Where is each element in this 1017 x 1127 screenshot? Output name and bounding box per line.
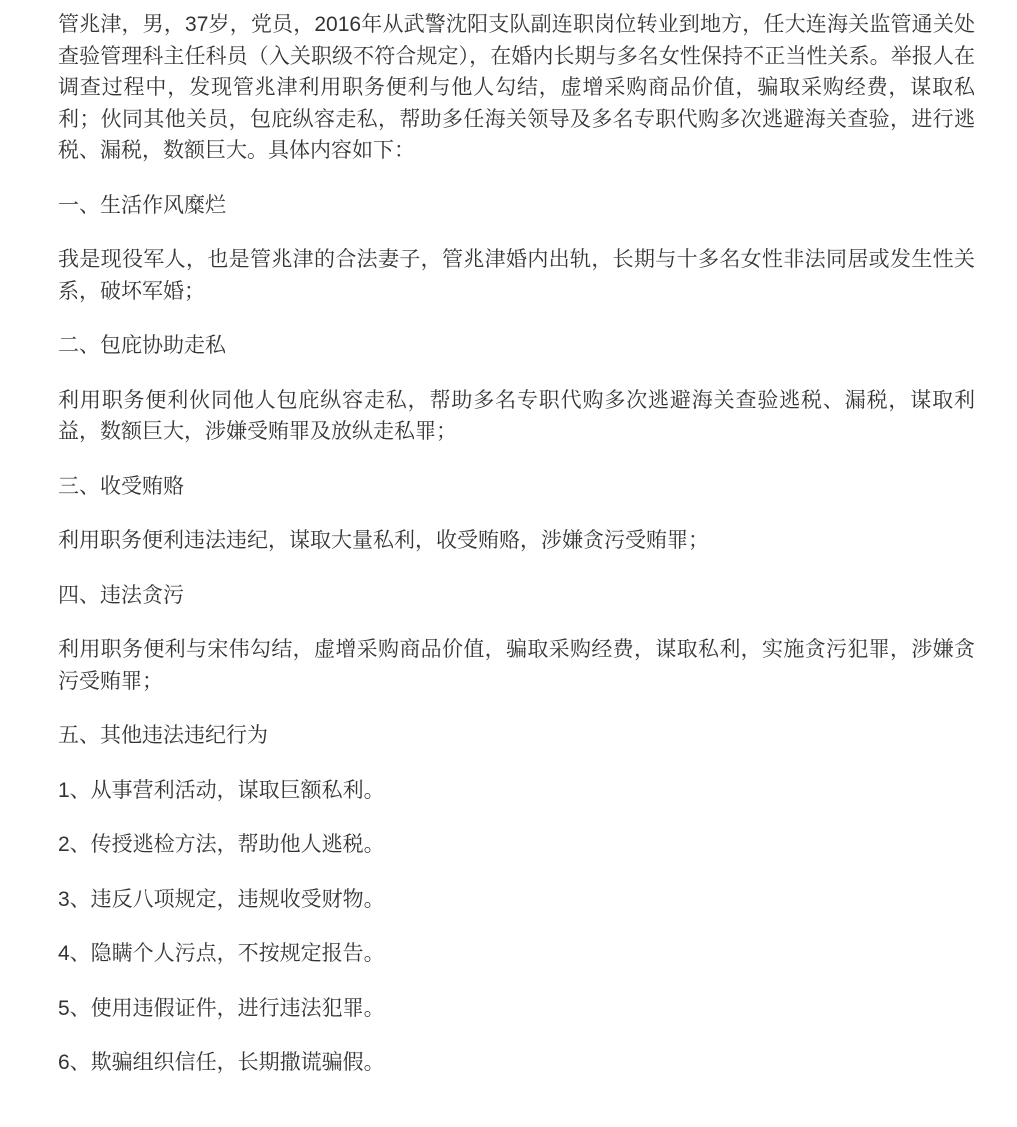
section-heading-3: 三、收受贿赂 [58,471,975,503]
section-body-1: 我是现役军人，也是管兆津的合法妻子，管兆津婚内出轨，长期与十多名女性非法同居或发… [58,244,975,307]
list-item-2: 2、传授逃检方法，帮助他人逃税。 [58,829,975,861]
list-item-5: 5、使用违假证件，进行违法犯罪。 [58,993,975,1025]
list-item-4: 4、隐瞒个人污点，不按规定报告。 [58,938,975,970]
intro-paragraph: 管兆津，男，37岁，党员，2016年从武警沈阳支队副连职岗位转业到地方，任大连海… [58,9,975,167]
section-body-3: 利用职务便利违法违纪，谋取大量私利，收受贿赂，涉嫌贪污受贿罪； [58,525,975,557]
section-heading-4: 四、违法贪污 [58,580,975,612]
list-item-3: 3、违反八项规定，违规收受财物。 [58,884,975,916]
list-item-6: 6、欺骗组织信任，长期撒谎骗假。 [58,1047,975,1079]
list-item-1: 1、从事营利活动，谋取巨额私利。 [58,775,975,807]
section-heading-2: 二、包庇协助走私 [58,330,975,362]
section-heading-1: 一、生活作风糜烂 [58,190,975,222]
article-body: 管兆津，男，37岁，党员，2016年从武警沈阳支队副连职岗位转业到地方，任大连海… [58,9,975,1079]
section-heading-5: 五、其他违法违纪行为 [58,720,975,752]
section-body-4: 利用职务便利与宋伟勾结，虚增采购商品价值，骗取采购经费，谋取私利，实施贪污犯罪，… [58,634,975,697]
section-body-2: 利用职务便利伙同他人包庇纵容走私，帮助多名专职代购多次逃避海关查验逃税、漏税，谋… [58,385,975,448]
